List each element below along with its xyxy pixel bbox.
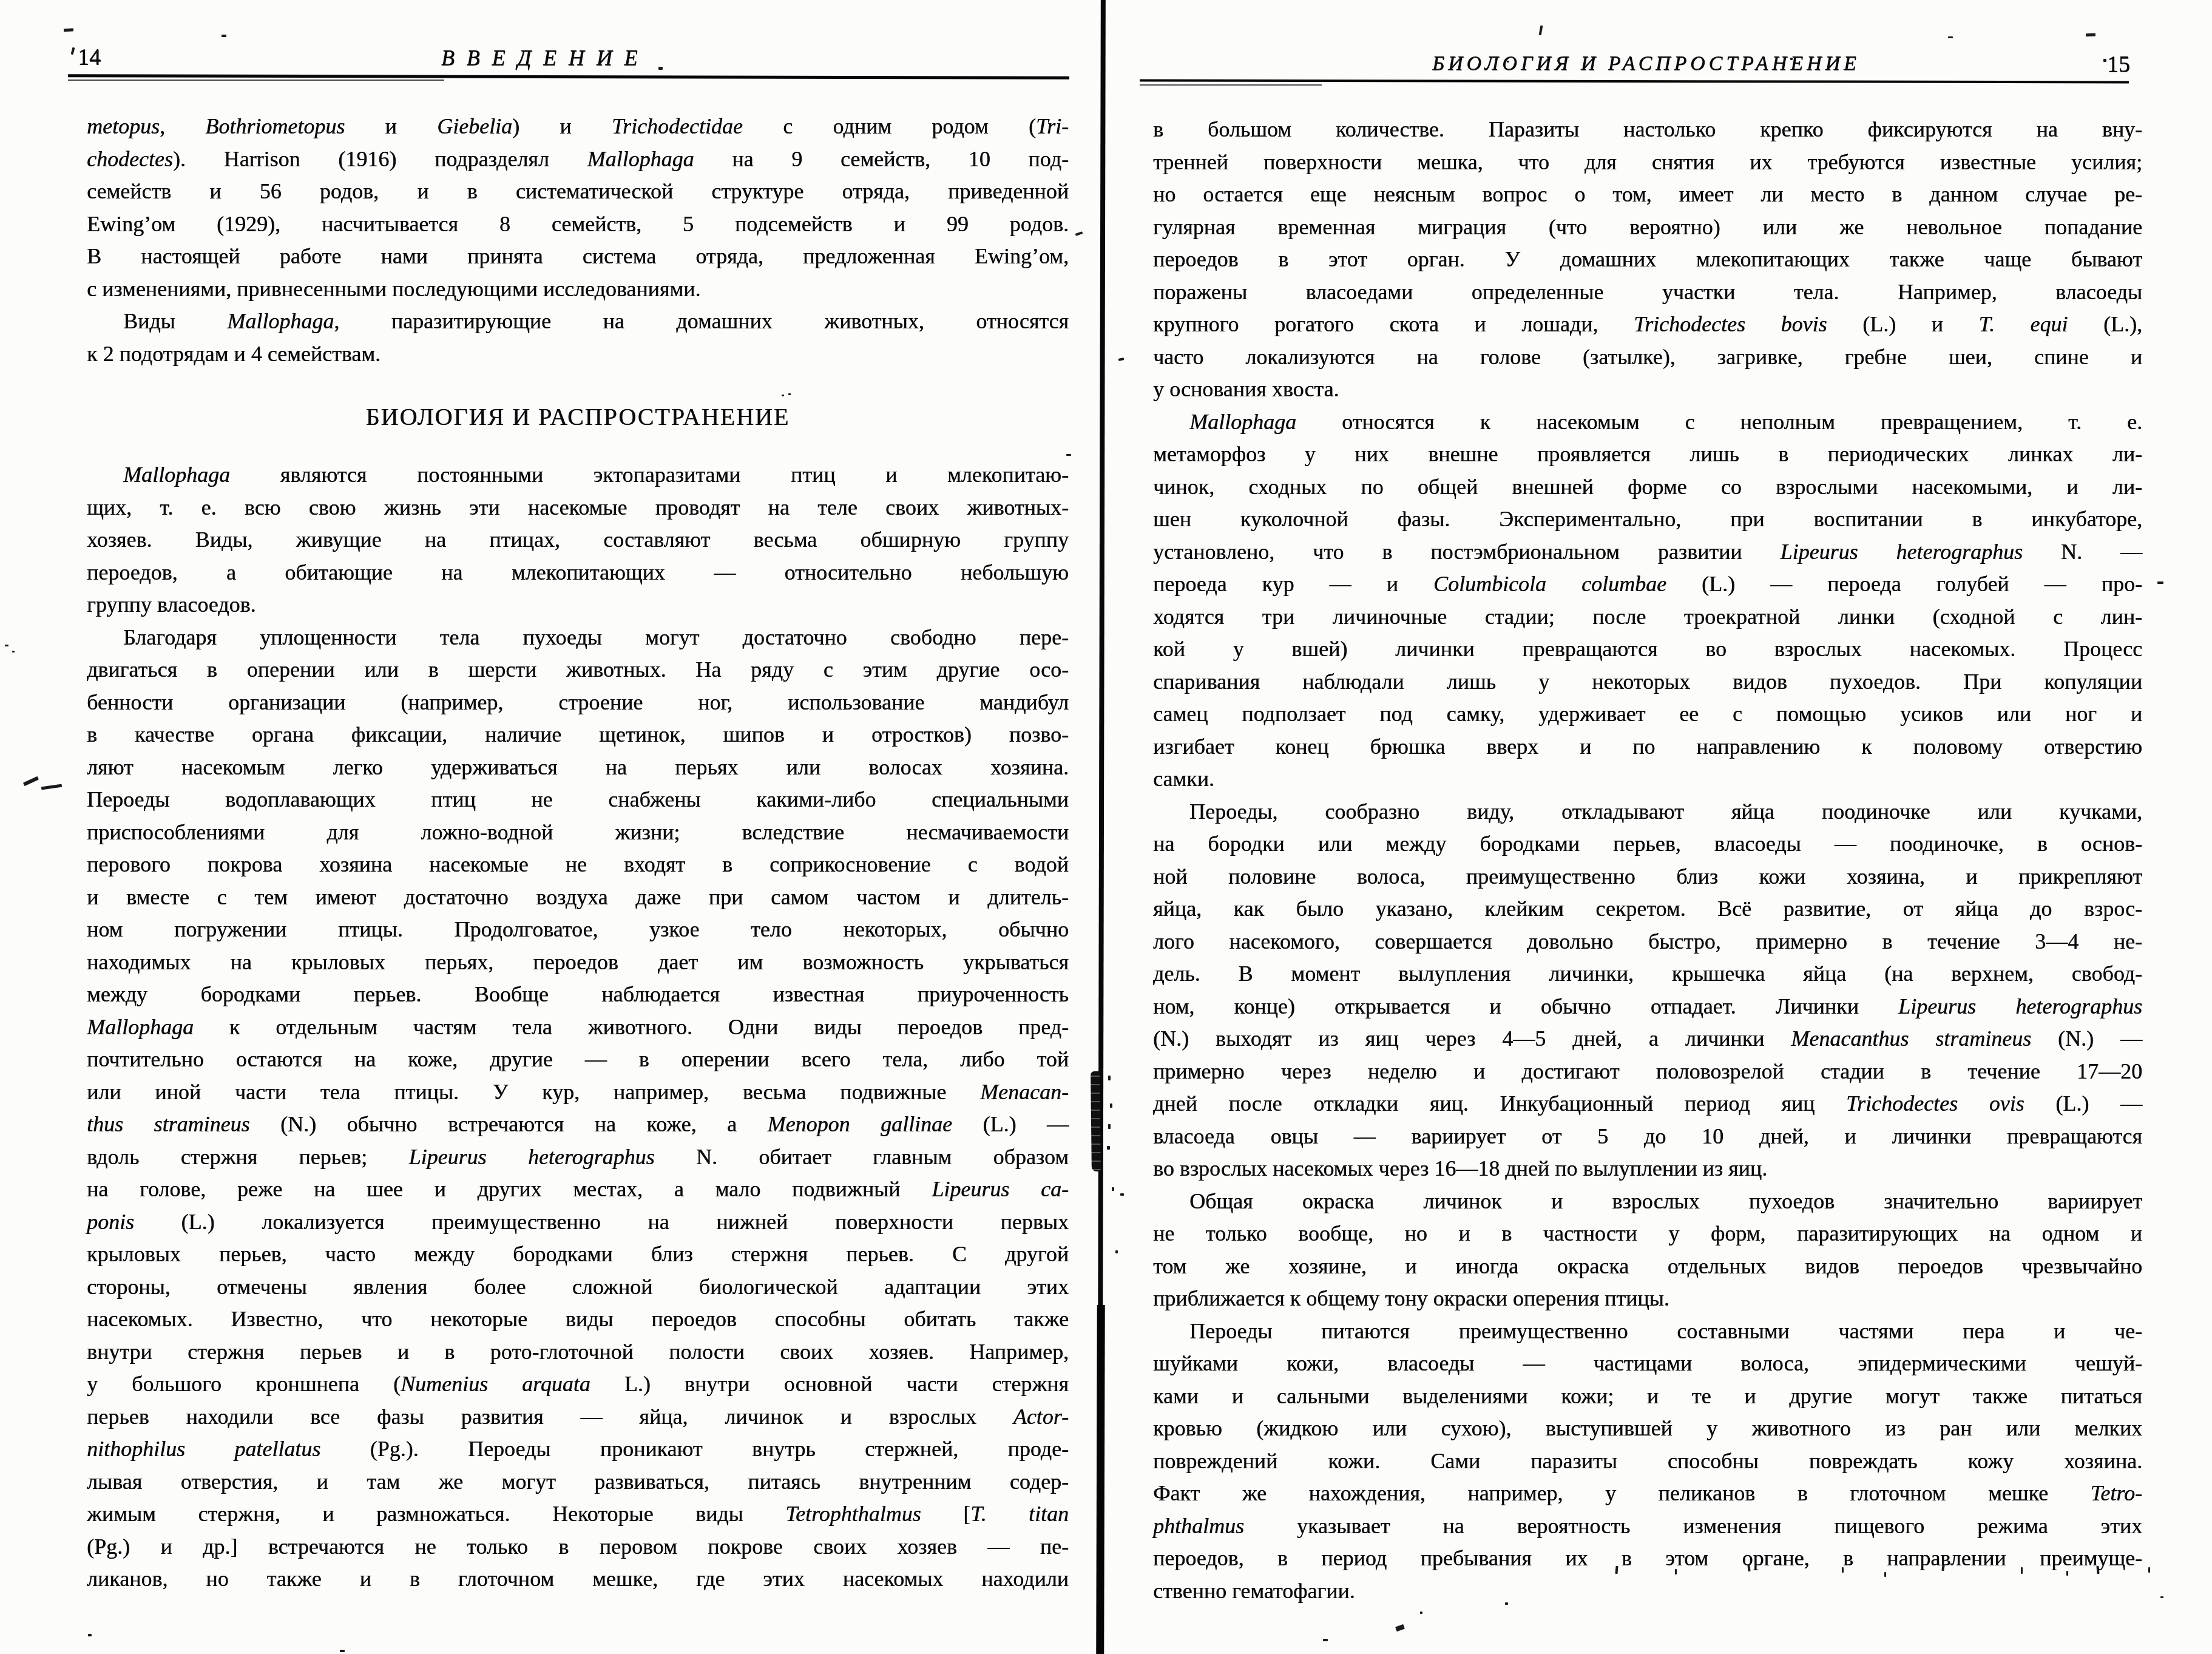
text-line: Пероеды водоплавающих птиц не снабжены к… xyxy=(87,784,1069,816)
ink-speck xyxy=(2160,1596,2163,1598)
text-line: ном, конце) открывается и обычно отпадае… xyxy=(1153,991,2142,1023)
text-line: ликанов, но также и в глоточном мешке, г… xyxy=(87,1563,1069,1596)
text-line: дней после откладки яиц. Инкубационный п… xyxy=(1153,1088,2142,1120)
text-line: щих, т. е. всю свою жизнь эти насекомые … xyxy=(87,492,1069,524)
text-line: почтительно остаются на коже, другие — в… xyxy=(87,1043,1069,1076)
ink-speck xyxy=(1108,1124,1111,1129)
header-rule-left-shadow xyxy=(68,80,444,81)
ink-speck xyxy=(64,28,73,32)
ink-speck xyxy=(658,67,663,70)
text-line: не только вообще, но и в частности у фор… xyxy=(1153,1218,2142,1250)
ink-speck xyxy=(2148,1567,2150,1573)
text-line: ponis (L.) локализуется преимущественно … xyxy=(87,1206,1069,1239)
ink-speck xyxy=(2157,581,2163,584)
text-line: пероеда кур — и Columbicola columbae (L.… xyxy=(1153,568,2142,601)
ink-speck xyxy=(88,1634,92,1636)
text-line: дель. В момент вылупления личинки, крыше… xyxy=(1153,958,2142,991)
text-line: изгибает конец брюшка вверх и по направл… xyxy=(1153,731,2142,764)
ink-speck xyxy=(1842,1567,1844,1573)
section-heading: БИОЛОГИЯ И РАСПРОСТРАНЕНИЕ xyxy=(87,404,1069,430)
text-line: ляют насекомым легко удерживаться на пер… xyxy=(87,751,1069,784)
text-line: пероедов в этот орган. У домашних млекоп… xyxy=(1153,243,2142,276)
text-line: В настоящей работе нами принята система … xyxy=(87,240,1069,273)
gutter-fold-line-lower xyxy=(1096,1305,1105,1654)
ink-speck xyxy=(41,784,62,790)
text-line: к 2 подотрядам и 4 семействам. xyxy=(87,338,1069,371)
text-line: группу власоедов. xyxy=(87,589,1069,622)
ink-speck xyxy=(12,651,15,652)
ink-speck xyxy=(1066,454,1071,456)
text-line: thus stramineus (N.) обычно встречаются … xyxy=(87,1108,1069,1141)
text-line: и вместе с тем имеют достаточно воздуха … xyxy=(87,881,1069,914)
text-line: Факт же нахождения, например, у пеликано… xyxy=(1153,1477,2142,1510)
text-line: чинок, сходных по общей внешней форме со… xyxy=(1153,471,2142,504)
text-line: поражены власоедами определенные участки… xyxy=(1153,276,2142,309)
ink-speck xyxy=(1790,58,1793,60)
ink-speck xyxy=(1112,1187,1114,1191)
text-line: на бородки или между бородками перьев, в… xyxy=(1153,828,2142,861)
ink-speck xyxy=(782,395,784,396)
text-line: у основания хвоста. xyxy=(1153,373,2142,406)
ink-speck xyxy=(1539,25,1543,35)
text-line: ственно гематофагии. xyxy=(1153,1575,2142,1608)
text-line: тренней поверхности мешка, что для сняти… xyxy=(1153,146,2142,179)
ink-speck xyxy=(1323,1639,1328,1641)
text-line: во взрослых насекомых через 16—18 дней п… xyxy=(1153,1153,2142,1185)
text-line: ками и сальными выделениями кожи; и те и… xyxy=(1153,1380,2142,1413)
text-line: примерно через неделю и достигают полово… xyxy=(1153,1056,2142,1088)
text-line: приспособлениями для ложно-водной жизни;… xyxy=(87,816,1069,849)
text-line: насекомых. Известно, что некоторые виды … xyxy=(87,1303,1069,1336)
text-line: том же хозяине, и иногда окраска отдельн… xyxy=(1153,1250,2142,1283)
header-rule-right-shadow xyxy=(1140,84,1322,86)
ink-speck xyxy=(2021,1567,2023,1574)
text-line: Пероеды, сообразно виду, откладывают яйц… xyxy=(1153,796,2142,829)
page-number-right: 15 xyxy=(2107,52,2130,76)
text-line: ном погружении птицы. Продолговатое, узк… xyxy=(87,913,1069,946)
text-line: Общая окраска личинок и взрослых пухоедо… xyxy=(1153,1185,2142,1218)
text-line: метаморфоз у них внешне проявляется лишь… xyxy=(1153,438,2142,471)
header-rule-right xyxy=(1140,80,2129,84)
ink-speck xyxy=(1507,61,1509,63)
text-line: жимым стержня, и размножаться. Некоторые… xyxy=(87,1498,1069,1531)
text-line: спаривания наблюдали лишь у некоторых ви… xyxy=(1153,666,2142,699)
text-line: часто локализуются на голове (затылке), … xyxy=(1153,341,2142,374)
ink-speck xyxy=(23,776,39,786)
text-line: двигаться в оперении или в шерсти животн… xyxy=(87,654,1069,686)
text-line: в качестве органа фиксации, наличие щети… xyxy=(87,719,1069,751)
text-line: пероедов, в период пребывания их в этом … xyxy=(1153,1542,2142,1575)
ink-speck xyxy=(1118,358,1125,361)
ink-speck xyxy=(1395,1624,1405,1632)
text-line: приближается к общему тону окраски опере… xyxy=(1153,1283,2142,1315)
text-line: бенности организации (например, строение… xyxy=(87,686,1069,719)
text-line: лывая отверстия, и там же могут развиват… xyxy=(87,1466,1069,1499)
ink-speck xyxy=(1948,36,1953,38)
ink-speck xyxy=(5,645,8,646)
ink-speck xyxy=(1110,1103,1112,1108)
ink-speck xyxy=(222,35,226,37)
page-body-right: в большом количестве. Паразиты настолько… xyxy=(1153,114,2142,1607)
text-line: с изменениями, привнесенными последующим… xyxy=(87,273,1069,306)
text-line: находимых на крыловых перьях, пероедов д… xyxy=(87,946,1069,979)
ink-speck xyxy=(71,47,75,55)
text-line: chodectes). Harrison (1916) подразделял … xyxy=(87,143,1069,176)
ink-speck xyxy=(1675,1569,1677,1574)
text-line: внутри стержня перьев и в рото-глоточной… xyxy=(87,1336,1069,1369)
text-line: самки. xyxy=(1153,763,2142,796)
ink-speck xyxy=(1075,231,1083,236)
text-line: лого насекомого, совершается довольно бы… xyxy=(1153,926,2142,958)
text-line: перьев находили все фазы развития — яйца… xyxy=(87,1401,1069,1434)
text-line: на голове, реже на шее и других местах, … xyxy=(87,1173,1069,1206)
ink-speck xyxy=(1107,1146,1110,1150)
text-line: Mallophaga являются постоянными эктопара… xyxy=(87,459,1069,492)
text-line: повреждений кожи. Сами паразиты способны… xyxy=(1153,1445,2142,1478)
page-number-left: 14 xyxy=(78,45,101,69)
text-line: Ewing’ом (1929), насчитывается 8 семейст… xyxy=(87,208,1069,241)
text-line: в большом количестве. Паразиты настолько… xyxy=(1153,114,2142,146)
text-line: яйца, как было указано, клейким секретом… xyxy=(1153,893,2142,926)
text-line: Виды Mallophaga, паразитирующие на домаш… xyxy=(87,305,1069,338)
text-line: (Pg.) и др.] встречаются не только в пер… xyxy=(87,1531,1069,1564)
text-line: ходятся три личиночные стадии; после тро… xyxy=(1153,601,2142,634)
ink-speck xyxy=(1505,1602,1508,1605)
ink-speck xyxy=(2103,59,2106,62)
ink-speck xyxy=(1884,1572,1886,1577)
text-line: кой у вшей) личинки превращаются во взро… xyxy=(1153,633,2142,666)
text-line: перового покрова хозяина насекомые не вх… xyxy=(87,849,1069,881)
text-line: но остается еще неясным вопрос о том, им… xyxy=(1153,178,2142,211)
text-line: Mallophaga к отдельным частям тела живот… xyxy=(87,1011,1069,1044)
book-scan-spread: { "left_page": { "page_number": "14", "r… xyxy=(0,0,2212,1654)
text-line: Пероеды питаются преимущественно составн… xyxy=(1153,1315,2142,1348)
text-line: Mallophaga относятся к насекомым с непол… xyxy=(1153,406,2142,439)
running-title-right: БИОЛОГИЯ И РАСПРОСТРАНЕНИЕ xyxy=(1432,52,1860,75)
ink-smudge xyxy=(1091,1071,1101,1171)
ink-speck xyxy=(2066,1571,2068,1576)
ink-speck xyxy=(2086,33,2095,37)
text-line: самец подползает под самку, удерживает е… xyxy=(1153,698,2142,731)
text-line: шен куколочной фазы. Экспериментально, п… xyxy=(1153,503,2142,536)
ink-speck xyxy=(1420,1612,1422,1614)
text-line: крупного рогатого скота и лошади, Tricho… xyxy=(1153,308,2142,341)
text-line: установлено, что в постэмбриональном раз… xyxy=(1153,536,2142,569)
text-line: крыловых перьев, часто между бородками б… xyxy=(87,1238,1069,1271)
text-line: ной половине волоса, преимущественно бли… xyxy=(1153,861,2142,893)
page-body-left: metopus, Bothriometopus и Giebelia) и Tr… xyxy=(87,110,1069,1596)
text-line: кровью (жидкою или сухою), выступившей у… xyxy=(1153,1412,2142,1445)
text-line: у большого кроншнепа (Numenius arquata L… xyxy=(87,1368,1069,1401)
text-line: семейств и 56 родов, и в систематической… xyxy=(87,175,1069,208)
text-line: хозяев. Виды, живущие на птицах, составл… xyxy=(87,524,1069,557)
text-line: phthalmus указывает на вероятность измен… xyxy=(1153,1510,2142,1543)
text-line: стороны, отмечены явления более сложной … xyxy=(87,1271,1069,1304)
ink-speck xyxy=(1108,1076,1111,1080)
text-line: пероедов, а обитающие на млекопитающих —… xyxy=(87,557,1069,589)
text-line: власоеда овцы — вариирует от 5 до 10 дне… xyxy=(1153,1120,2142,1153)
text-line: шуйками кожи, власоеды — частицами волос… xyxy=(1153,1347,2142,1380)
text-line: или иной части тела птицы. У кур, наприм… xyxy=(87,1076,1069,1109)
ink-speck xyxy=(1120,1193,1124,1196)
ink-speck xyxy=(1115,1250,1118,1253)
ink-speck xyxy=(340,1650,345,1652)
header-rule-left xyxy=(68,74,1069,79)
text-line: metopus, Bothriometopus и Giebelia) и Tr… xyxy=(87,110,1069,143)
text-line: между бородками перьев. Вообще наблюдает… xyxy=(87,978,1069,1011)
ink-speck xyxy=(788,393,791,395)
running-title-left: ВВЕДЕНИЕ xyxy=(441,45,649,70)
text-line: (N.) выходят из яиц через 4—5 дней, а ли… xyxy=(1153,1023,2142,1056)
text-line: вдоль стержня перьев; Lipeurus heterogra… xyxy=(87,1141,1069,1174)
text-line: nithophilus patellatus (Pg.). Пероеды пр… xyxy=(87,1433,1069,1466)
text-line: Благодаря уплощенности тела пухоеды могу… xyxy=(87,622,1069,654)
text-line: гулярная временная миграция (что вероятн… xyxy=(1153,211,2142,244)
